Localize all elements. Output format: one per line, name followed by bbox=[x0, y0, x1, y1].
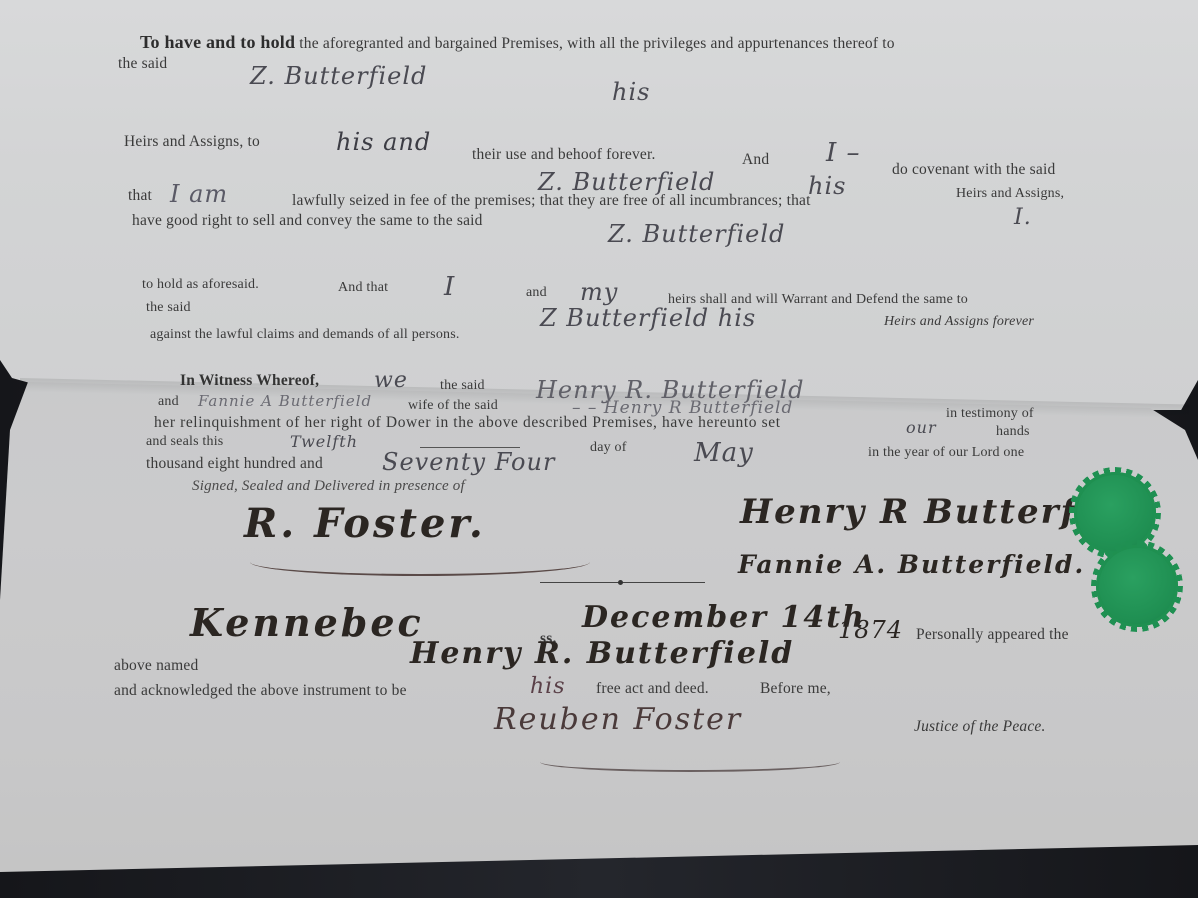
warranty-the-said: the said bbox=[146, 300, 191, 316]
day-entry: Twelfth bbox=[290, 432, 358, 451]
warranty-line-3: against the lawful claims and demands of… bbox=[150, 327, 460, 343]
wife-of-the-said: wife of the said bbox=[408, 398, 498, 414]
acknowledging-party: Henry R. Butterfield bbox=[410, 636, 794, 671]
thousand-eight-hundred: thousand eight hundred and bbox=[146, 455, 323, 473]
witness-and: and bbox=[158, 394, 179, 410]
grantor-signature-fannie: Fannie A. Butterfield. bbox=[738, 550, 1085, 579]
witness-the-said: the said bbox=[440, 378, 485, 394]
my-entry: my bbox=[580, 278, 618, 306]
his-entry: his bbox=[612, 78, 650, 106]
warranty-line-1a: to hold as aforesaid. bbox=[142, 277, 259, 293]
covenant-line-1a: Heirs and Assigns, to bbox=[124, 133, 260, 151]
warranty-and-that: And that bbox=[338, 280, 388, 296]
signed-sealed-delivered: Signed, Sealed and Delivered in presence… bbox=[192, 478, 465, 495]
covenant-line-4: have good right to sell and convey the s… bbox=[132, 212, 483, 230]
hands-label: hands bbox=[996, 424, 1030, 440]
covenant-and: And bbox=[742, 151, 769, 169]
year-of-our-lord: in the year of our Lord one bbox=[868, 445, 1024, 461]
covenant-line-3: lawfully seized in fee of the premises; … bbox=[292, 192, 811, 210]
heirs-assigns-1: Heirs and Assigns, bbox=[956, 186, 1064, 202]
personally-appeared: Personally appeared the bbox=[916, 626, 1069, 644]
warranty-i-entry: I bbox=[444, 272, 455, 302]
justice-title: Justice of the Peace. bbox=[914, 718, 1046, 736]
covenant-that: that bbox=[128, 187, 152, 205]
free-act-and-deed: free act and deed. bbox=[596, 680, 709, 698]
grantee-name-4: Z Butterfield his bbox=[540, 304, 756, 332]
his-entry-ack: his bbox=[530, 674, 566, 699]
we-entry: we bbox=[374, 368, 408, 393]
in-testimony-of: in testimony of bbox=[946, 406, 1034, 422]
habendum-heading: To have and to hold bbox=[140, 32, 295, 52]
wife-name-entry: Fannie A Butterfield bbox=[198, 392, 372, 410]
day-of: day of bbox=[590, 440, 627, 456]
habendum-line-1: To have and to hold the aforegranted and… bbox=[140, 32, 895, 53]
grantor-i-entry: I – bbox=[826, 138, 861, 168]
his-entry-2: his bbox=[808, 172, 846, 200]
covenant-line-1d: do covenant with the said bbox=[892, 161, 1055, 179]
warranty-and: and bbox=[526, 285, 547, 301]
witness-heading: In Witness Whereof, bbox=[180, 372, 319, 390]
heirs-assigns-forever: Heirs and Assigns forever bbox=[884, 314, 1034, 330]
witness-signature: R. Foster. bbox=[244, 500, 486, 547]
our-entry: our bbox=[906, 418, 937, 437]
above-named: above named bbox=[114, 657, 198, 675]
before-me: Before me, bbox=[760, 680, 831, 698]
acknowledged-instrument: and acknowledged the above instrument to… bbox=[114, 682, 407, 700]
green-wafer-seal-2 bbox=[1096, 545, 1178, 627]
acknowledgment-year: 1874 bbox=[838, 616, 903, 644]
grantee-name: Z. Butterfield bbox=[250, 62, 427, 90]
signature-flourish bbox=[250, 548, 590, 576]
i-am-entry: I am bbox=[170, 180, 228, 208]
month-entry: May bbox=[694, 438, 754, 468]
separator-dot bbox=[618, 580, 623, 585]
covenant-line-1b: their use and behoof forever. bbox=[472, 146, 656, 164]
the-said-label: the said bbox=[118, 55, 167, 73]
justice-flourish bbox=[540, 752, 840, 772]
grantee-name-3: Z. Butterfield bbox=[608, 220, 785, 248]
year-entry: Seventy Four bbox=[382, 448, 555, 476]
justice-signature: Reuben Foster bbox=[494, 702, 742, 737]
acknowledgment-date: December 14th bbox=[582, 600, 866, 635]
dower-line: her relinquishment of her right of Dower… bbox=[154, 414, 781, 432]
seals-this: and seals this bbox=[146, 434, 223, 450]
i-entry-2: I. bbox=[1014, 205, 1032, 230]
county-entry: Kennebec bbox=[190, 600, 424, 645]
his-and-entry: his and bbox=[336, 128, 431, 156]
